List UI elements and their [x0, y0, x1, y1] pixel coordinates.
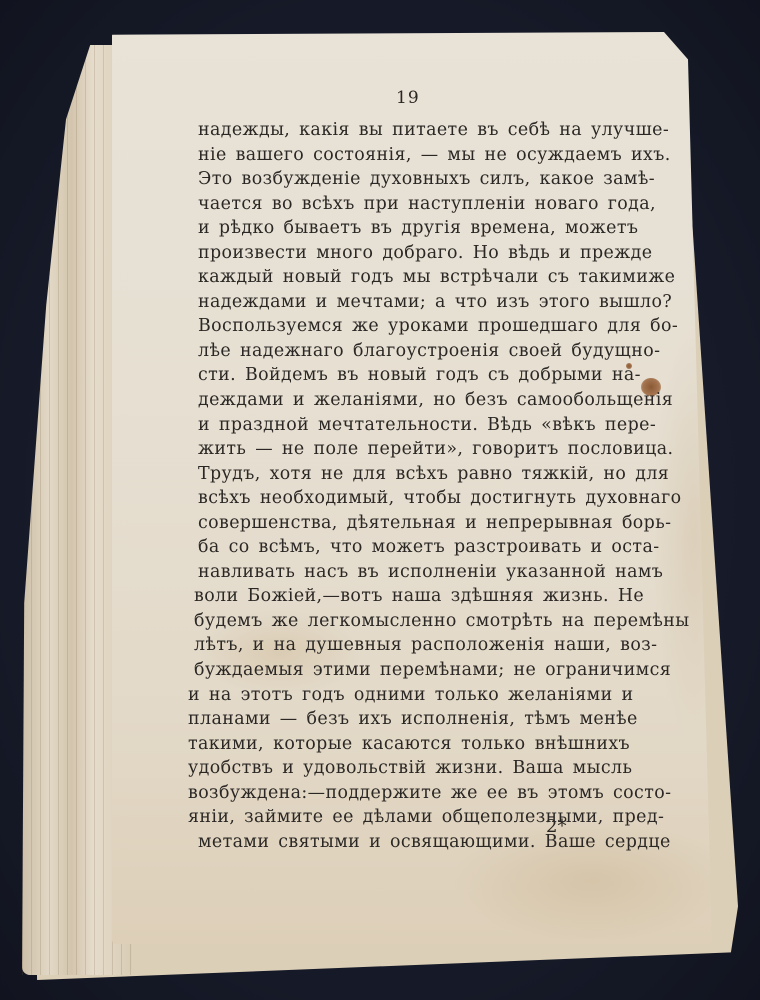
text-line: и праздной мечтательности. Вѣдь «вѣкъ пе…: [198, 413, 628, 438]
text-line: удобствъ и удовольствій жизни. Ваша мысл…: [188, 756, 630, 781]
text-line: деждами и желаніями, но безъ самообольще…: [198, 388, 628, 413]
text-line: Воспользуемся же уроками прошедшаго для …: [198, 314, 628, 339]
text-line: надеждами и мечтами; а что изъ этого выш…: [198, 290, 628, 315]
text-line: планами — безъ ихъ исполненія, тѣмъ менѣ…: [188, 707, 630, 732]
text-line: возбуждена:—поддержите же ее въ этомъ со…: [188, 781, 630, 806]
page-number: 19: [396, 88, 420, 108]
book: 19 надежды, какія вы питаете въ себѣ на …: [0, 0, 760, 1000]
text-line: и на этотъ годъ одними только желаніями …: [188, 683, 630, 708]
text-line: воли Божіей,—вотъ наша здѣшняя жизнь. Не: [194, 584, 630, 609]
text-line: ніе вашего состоянія, — мы не осуждаемъ …: [198, 143, 628, 168]
text-line: навливать насъ въ исполненіи указанной н…: [198, 560, 628, 585]
text-line: совершенства, дѣятельная и непрерывная б…: [198, 511, 628, 536]
text-line: жить — не поле перейти», говоритъ послов…: [198, 437, 628, 462]
signature-mark: 2*: [546, 816, 566, 837]
text-line: всѣхъ необходимый, чтобы достигнуть духо…: [198, 486, 628, 511]
text-line: Это возбужденіе духовныхъ силъ, какое за…: [198, 167, 628, 192]
text-line: чается во всѣхъ при наступленіи новаго г…: [198, 192, 628, 217]
text-line: и рѣдко бываетъ въ другія времена, может…: [198, 216, 628, 241]
text-line: произвести много добраго. Но вѣдь и преж…: [198, 241, 628, 266]
text-line: каждый новый годъ мы встрѣчали съ такими…: [198, 265, 628, 290]
text-line: ба со всѣмъ, что можетъ разстроивать и о…: [198, 535, 628, 560]
text-line: сти. Войдемъ въ новый годъ съ добрыми на…: [198, 363, 628, 388]
text-line: будемъ же легкомысленно смотрѣть на пере…: [194, 609, 630, 634]
text-line: буждаемыя этими перемѣнами; не ограничим…: [194, 658, 630, 683]
body-text: надежды, какія вы питаете въ себѣ на улу…: [198, 118, 628, 854]
text-line: Трудъ, хотя не для всѣхъ равно тяжкій, н…: [198, 462, 628, 487]
text-line: лѣе надежнаго благоустроенія своей будущ…: [198, 339, 628, 364]
text-line: надежды, какія вы питаете въ себѣ на улу…: [198, 118, 628, 143]
text-line: такими, которые касаются только внѣшнихъ: [188, 732, 630, 757]
text-line: лѣтъ, и на душевныя расположенія наши, в…: [194, 633, 630, 658]
